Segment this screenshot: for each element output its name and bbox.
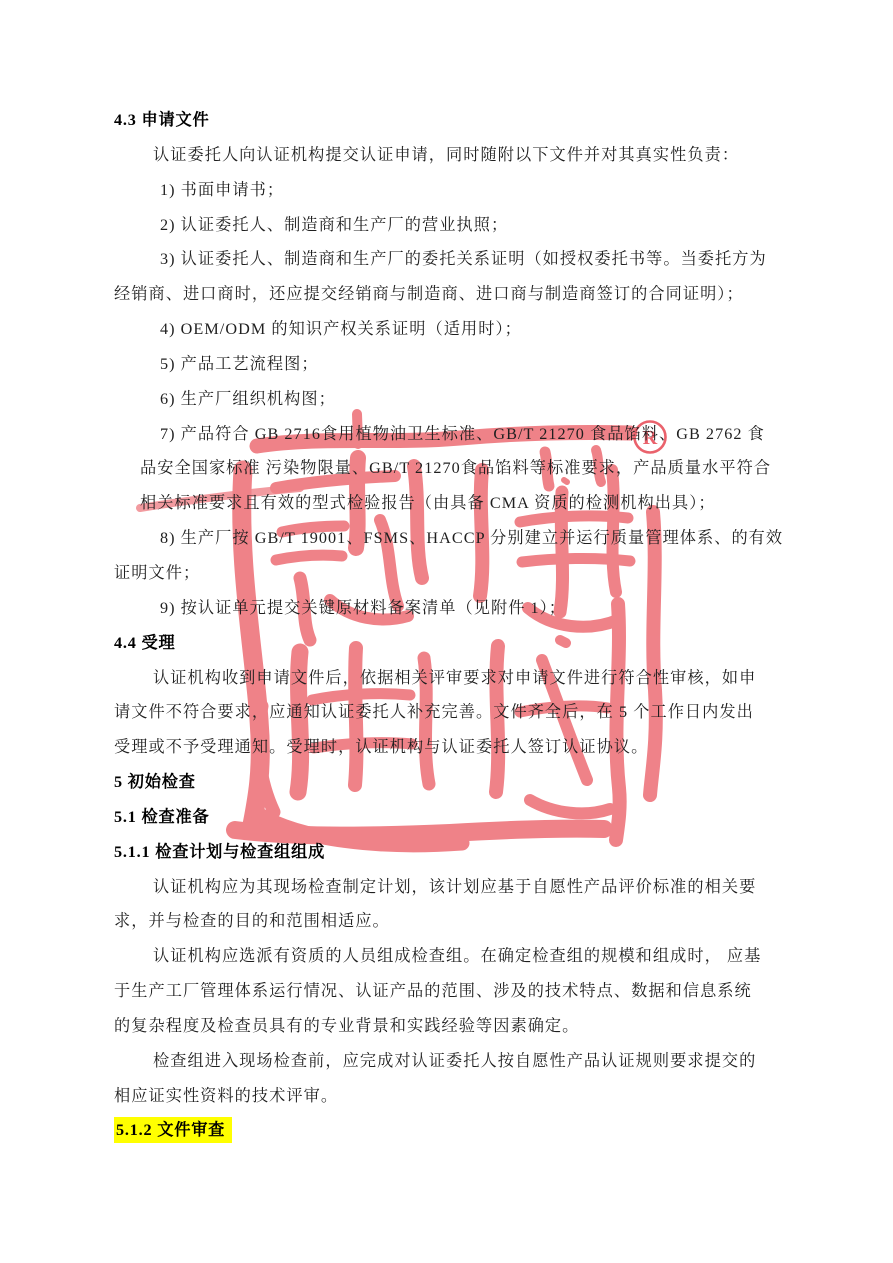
paragraph-line: 认证委托人向认证机构提交认证申请，同时随附以下文件并对其真实性负责： [0, 138, 893, 173]
section-heading: 4.4 受理 [0, 626, 893, 661]
list-item-line: 5) 产品工艺流程图； [0, 347, 893, 382]
paragraph-line: 相应证实性资料的技术评审。 [0, 1079, 893, 1114]
highlight-marker: 5.1.2 文件审查 [114, 1117, 232, 1143]
paragraph-line: 的复杂程度及检查员具有的专业背景和实践经验等因素确定。 [0, 1009, 893, 1044]
paragraph-line: 受理或不予受理通知。受理时，认证机构与认证委托人签订认证协议。 [0, 730, 893, 765]
document-page: R 4.3 申请文件认证委托人向认证机构提交认证申请，同时随附以下文件并对其真实… [0, 0, 893, 1263]
list-item-line: 2) 认证委托人、制造商和生产厂的营业执照； [0, 208, 893, 243]
paragraph-line: 认证机构应为其现场检查制定计划，该计划应基于自愿性产品评价标准的相关要 [0, 870, 893, 905]
list-item-line: 9) 按认证单元提交关键原材料备案清单（见附件 1）； [0, 591, 893, 626]
list-item-line: 6) 生产厂组织机构图； [0, 382, 893, 417]
list-item-line: 8) 生产厂按 GB/T 19001、FSMS、HACCP 分别建立并运行质量管… [0, 521, 893, 556]
paragraph-line: 证明文件； [0, 556, 893, 591]
paragraph-line: 于生产工厂管理体系运行情况、认证产品的范围、涉及的技术特点、数据和信息系统 [0, 974, 893, 1009]
paragraph-line: 检查组进入现场检查前，应完成对认证委托人按自愿性产品认证规则要求提交的 [0, 1044, 893, 1079]
document-body: 4.3 申请文件认证委托人向认证机构提交认证申请，同时随附以下文件并对其真实性负… [0, 103, 893, 1148]
paragraph-line: 认证机构收到申请文件后，依据相关评审要求对申请文件进行符合性审核，如申 [0, 661, 893, 696]
list-item-line: 3) 认证委托人、制造商和生产厂的委托关系证明（如授权委托书等。当委托方为 [0, 242, 893, 277]
section-heading: 5 初始检查 [0, 765, 893, 800]
paragraph-line: 品安全国家标准 污染物限量、GB/T 21270食品馅料等标准要求，产品质量水平… [0, 451, 893, 486]
section-heading-highlighted: 5.1.2 文件审查 [0, 1113, 893, 1148]
list-item-line: 7) 产品符合 GB 2716食用植物油卫生标准、GB/T 21270 食品馅料… [0, 417, 893, 452]
paragraph-line: 求，并与检查的目的和范围相适应。 [0, 904, 893, 939]
section-heading: 4.3 申请文件 [0, 103, 893, 138]
list-item-line: 4) OEM/ODM 的知识产权关系证明（适用时）； [0, 312, 893, 347]
section-heading: 5.1.1 检查计划与检查组组成 [0, 835, 893, 870]
section-heading: 5.1 检查准备 [0, 800, 893, 835]
paragraph-line: 经销商、进口商时，还应提交经销商与制造商、进口商与制造商签订的合同证明）； [0, 277, 893, 312]
paragraph-line: 请文件不符合要求，应通知认证委托人补充完善。文件齐全后，在 5 个工作日内发出 [0, 695, 893, 730]
paragraph-line: 相关标准要求且有效的型式检验报告（由具备 CMA 资质的检测机构出具）； [0, 486, 893, 521]
paragraph-line: 认证机构应选派有资质的人员组成检查组。在确定检查组的规模和组成时， 应基 [0, 939, 893, 974]
list-item-line: 1) 书面申请书； [0, 173, 893, 208]
